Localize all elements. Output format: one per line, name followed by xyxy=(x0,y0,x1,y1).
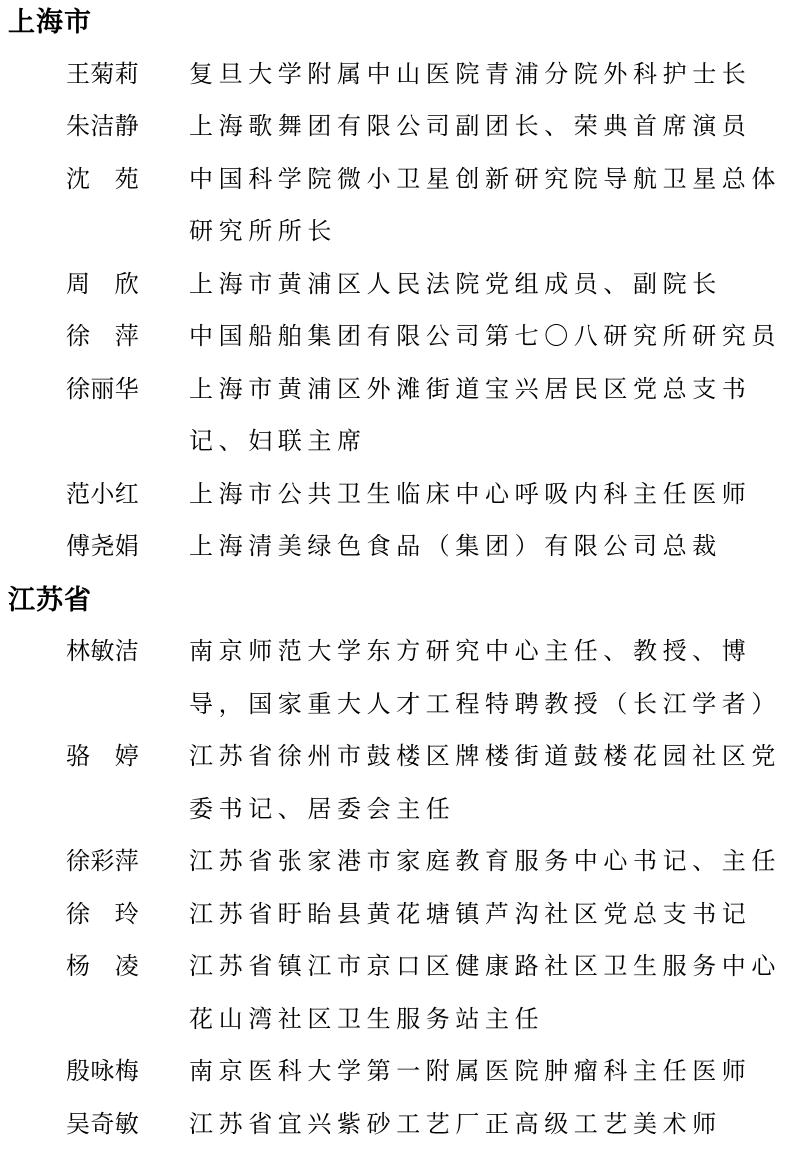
honoree-title: 南京医科大学第一附属医院肿瘤科主任医师 xyxy=(189,1046,795,1099)
honoree-name: 徐 萍 xyxy=(66,311,140,364)
honoree-title: 江苏省徐州市鼓楼区牌楼街道鼓楼花园社区党 委书记、居委会主任 xyxy=(189,731,795,836)
honoree-row: 徐 玲 江苏省盱眙县黄花塘镇芦沟社区党总支书记 xyxy=(0,889,800,942)
honoree-name: 吴奇敏 xyxy=(66,1099,140,1152)
honoree-name: 林敏洁 xyxy=(66,626,140,679)
honoree-name: 王菊莉 xyxy=(66,49,140,102)
province-section: 江苏省 林敏洁 南京师范大学东方研究中心主任、教授、博 导，国家重大人才工程特聘… xyxy=(0,574,800,1152)
honoree-title: 江苏省镇江市京口区健康路社区卫生服务中心 花山湾社区卫生服务站主任 xyxy=(189,941,795,1046)
honoree-title: 江苏省盱眙县黄花塘镇芦沟社区党总支书记 xyxy=(189,889,795,942)
sections-container: 上海市 王菊莉 复旦大学附属中山医院青浦分院外科护士长 朱洁静 上海歌舞团有限公… xyxy=(0,0,800,1151)
honoree-row: 王菊莉 复旦大学附属中山医院青浦分院外科护士长 xyxy=(0,49,800,102)
entries-list: 王菊莉 复旦大学附属中山医院青浦分院外科护士长 朱洁静 上海歌舞团有限公司副团长… xyxy=(0,49,800,574)
honoree-row: 林敏洁 南京师范大学东方研究中心主任、教授、博 导，国家重大人才工程特聘教授（长… xyxy=(0,626,800,731)
honoree-name: 殷咏梅 xyxy=(66,1046,140,1099)
honoree-row: 殷咏梅 南京医科大学第一附属医院肿瘤科主任医师 xyxy=(0,1046,800,1099)
honoree-title: 南京师范大学东方研究中心主任、教授、博 导，国家重大人才工程特聘教授（长江学者） xyxy=(189,626,795,731)
honoree-row: 范小红 上海市公共卫生临床中心呼吸内科主任医师 xyxy=(0,469,800,522)
honoree-title: 上海歌舞团有限公司副团长、荣典首席演员 xyxy=(189,101,795,154)
honoree-name: 徐彩萍 xyxy=(66,836,140,889)
honoree-row: 沈 苑 中国科学院微小卫星创新研究院导航卫星总体 研究所所长 xyxy=(0,154,800,259)
honoree-title: 上海清美绿色食品（集团）有限公司总裁 xyxy=(189,521,795,574)
honoree-name: 范小红 xyxy=(66,469,140,522)
honoree-row: 朱洁静 上海歌舞团有限公司副团长、荣典首席演员 xyxy=(0,101,800,154)
province-section: 上海市 王菊莉 复旦大学附属中山医院青浦分院外科护士长 朱洁静 上海歌舞团有限公… xyxy=(0,0,800,574)
province-header: 上海市 xyxy=(0,0,800,49)
honoree-row: 吴奇敏 江苏省宜兴紫砂工艺厂正高级工艺美术师 xyxy=(0,1099,800,1152)
honoree-title: 江苏省张家港市家庭教育服务中心书记、主任 xyxy=(189,836,795,889)
honoree-name: 周 欣 xyxy=(66,259,140,312)
honoree-title: 上海市公共卫生临床中心呼吸内科主任医师 xyxy=(189,469,795,522)
honoree-name: 杨 凌 xyxy=(66,941,140,994)
honoree-row: 周 欣 上海市黄浦区人民法院党组成员、副院长 xyxy=(0,259,800,312)
honoree-name: 骆 婷 xyxy=(66,731,140,784)
honoree-row: 徐 萍 中国船舶集团有限公司第七〇八研究所研究员 xyxy=(0,311,800,364)
province-header: 江苏省 xyxy=(0,574,800,627)
entries-list: 林敏洁 南京师范大学东方研究中心主任、教授、博 导，国家重大人才工程特聘教授（长… xyxy=(0,626,800,1151)
honoree-name: 沈 苑 xyxy=(66,154,140,207)
honor-roll-page: 上海市 王菊莉 复旦大学附属中山医院青浦分院外科护士长 朱洁静 上海歌舞团有限公… xyxy=(0,0,800,1160)
honoree-title: 上海市黄浦区外滩街道宝兴居民区党总支书 记、妇联主席 xyxy=(189,364,795,469)
honoree-row: 杨 凌 江苏省镇江市京口区健康路社区卫生服务中心 花山湾社区卫生服务站主任 xyxy=(0,941,800,1046)
honoree-title: 中国船舶集团有限公司第七〇八研究所研究员 xyxy=(189,311,795,364)
honoree-row: 傅尧娟 上海清美绿色食品（集团）有限公司总裁 xyxy=(0,521,800,574)
honoree-name: 徐 玲 xyxy=(66,889,140,942)
honoree-title: 江苏省宜兴紫砂工艺厂正高级工艺美术师 xyxy=(189,1099,795,1152)
honoree-name: 傅尧娟 xyxy=(66,521,140,574)
honoree-title: 上海市黄浦区人民法院党组成员、副院长 xyxy=(189,259,795,312)
honoree-row: 徐彩萍 江苏省张家港市家庭教育服务中心书记、主任 xyxy=(0,836,800,889)
honoree-name: 徐丽华 xyxy=(66,364,140,417)
honoree-title: 中国科学院微小卫星创新研究院导航卫星总体 研究所所长 xyxy=(189,154,795,259)
honoree-row: 骆 婷 江苏省徐州市鼓楼区牌楼街道鼓楼花园社区党 委书记、居委会主任 xyxy=(0,731,800,836)
honoree-name: 朱洁静 xyxy=(66,101,140,154)
honoree-title: 复旦大学附属中山医院青浦分院外科护士长 xyxy=(189,49,795,102)
honoree-row: 徐丽华 上海市黄浦区外滩街道宝兴居民区党总支书 记、妇联主席 xyxy=(0,364,800,469)
